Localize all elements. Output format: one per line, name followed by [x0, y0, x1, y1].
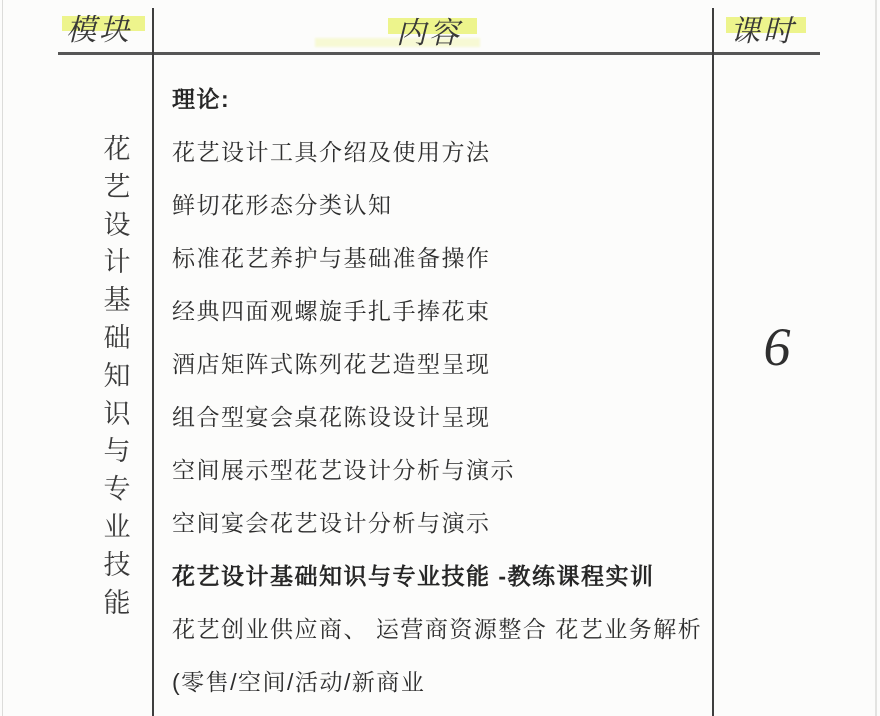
document-right-edge	[875, 0, 877, 716]
content-row: 花艺创业供应商、 运营商资源整合 花艺业务解析	[172, 601, 708, 654]
module-char: 业	[101, 509, 133, 547]
header-separator-line	[58, 52, 820, 55]
column-header-content: 内容	[396, 8, 462, 52]
column-divider-left	[152, 8, 154, 716]
content-row: (零售/空间/活动/新商业	[172, 654, 708, 707]
document-left-edge	[2, 0, 3, 716]
module-char: 设	[101, 207, 133, 245]
module-char: 花	[101, 131, 133, 169]
module-char: 计	[101, 244, 133, 282]
column-header-module: 模块	[66, 5, 132, 49]
module-char: 基	[101, 282, 133, 320]
hours-cell-value: 6	[714, 316, 840, 378]
content-row: 空间宴会花艺设计分析与演示	[172, 495, 708, 548]
curriculum-table-page: 模块 内容 课时 花 艺 设 计 基 础 知 识 与 专 业 技 能 理论: 花…	[0, 0, 880, 716]
content-row-training-heading: 花艺设计基础知识与专业技能 -教练课程实训	[172, 548, 708, 601]
module-char: 艺	[101, 169, 133, 207]
content-row: 标准花艺养护与基础准备操作	[172, 230, 708, 283]
content-row: 酒店矩阵式陈列花艺造型呈现	[172, 336, 708, 389]
content-row: 组合型宴会桌花陈设设计呈现	[172, 389, 708, 442]
content-row: 鲜切花形态分类认知	[172, 177, 708, 230]
content-row: 花艺设计工具介绍及使用方法	[172, 124, 708, 177]
content-cell-list: 理论: 花艺设计工具介绍及使用方法 鲜切花形态分类认知 标准花艺养护与基础准备操…	[172, 71, 708, 707]
content-row-theory-heading: 理论:	[172, 71, 708, 124]
module-cell-vertical-title: 花 艺 设 计 基 础 知 识 与 专 业 技 能	[101, 131, 133, 622]
module-char: 识	[101, 396, 133, 434]
module-char: 能	[101, 585, 133, 623]
module-char: 与	[101, 433, 133, 471]
module-char: 技	[101, 547, 133, 585]
content-row: 经典四面观螺旋手扎手捧花束	[172, 283, 708, 336]
module-char: 知	[101, 358, 133, 396]
column-header-hours: 课时	[730, 6, 796, 50]
content-row: 空间展示型花艺设计分析与演示	[172, 442, 708, 495]
module-char: 础	[101, 320, 133, 358]
module-char: 专	[101, 471, 133, 509]
